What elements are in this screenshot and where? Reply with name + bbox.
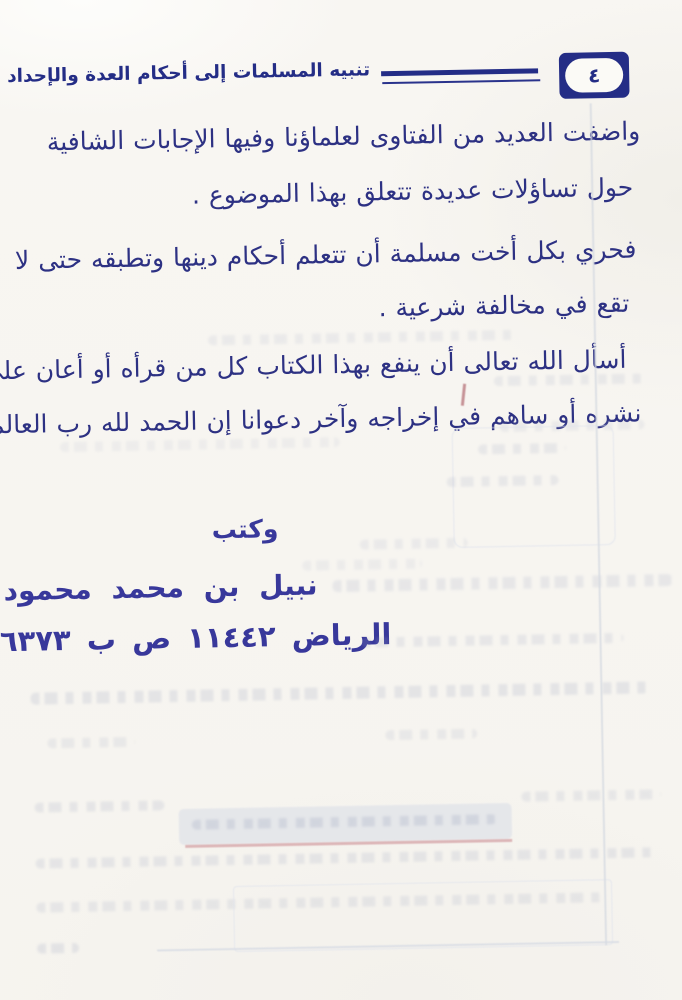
- body-text-line: فحري بكل أخت مسلمة أن تتعلم أحكام دينها …: [15, 234, 637, 277]
- bleed-through-text-ghost: [494, 373, 644, 386]
- bleed-through-text-ghost: [302, 559, 422, 571]
- bleed-through-text-ghost: [34, 800, 164, 812]
- header-rule-thin: [382, 79, 540, 84]
- bleed-through-text-ghost: [521, 789, 661, 802]
- bleed-through-text-ghost: [385, 729, 477, 741]
- bleed-through-text-ghost: [60, 437, 340, 452]
- scanned-book-page: { "header": { "title": "تنبيه المسلمات إ…: [0, 0, 682, 1000]
- bleed-through-text-ghost: [478, 443, 566, 455]
- bleed-through-text-ghost: [332, 574, 672, 592]
- running-header-title: تنبيه المسلمات إلى أحكام العدة والإحداد: [7, 61, 370, 86]
- page-number-pill: ٤: [565, 58, 624, 93]
- bleed-through-text-ghost: [361, 633, 623, 648]
- bleed-through-text-ghost: [447, 475, 559, 487]
- bleed-through-text-ghost: [208, 330, 518, 346]
- bleed-through-text-ghost: [47, 737, 135, 749]
- signature-written-by: وكتب: [211, 516, 278, 542]
- signature-address-line: الرياض ١١٤٤٢ ص ب ٦٣٧٣: [0, 620, 392, 656]
- bleed-through-text-ghost: [35, 847, 657, 868]
- page-number: ٤: [588, 65, 601, 85]
- body-text-line: حول تساؤلات عديدة تتعلق بهذا الموضوع .: [192, 172, 634, 211]
- bleed-through-text-ghost: [360, 538, 468, 550]
- bleed-through-text-ghost: [30, 681, 648, 704]
- page-number-badge: ٤: [559, 52, 630, 99]
- signature-author-name: نبيل بن محمد محمود: [3, 571, 317, 605]
- body-text-line: واضفت العديد من الفتاوى لعلماؤنا وفيها ا…: [47, 115, 641, 157]
- bleed-through-text-ghost: [37, 943, 79, 954]
- bleed-through-frame: [233, 879, 613, 952]
- header-rule-thick: [381, 68, 538, 76]
- page-sheet: تنبيه المسلمات إلى أحكام العدة والإحداد …: [0, 0, 682, 1000]
- body-text-line: تقع في مخالفة شرعية .: [378, 288, 629, 324]
